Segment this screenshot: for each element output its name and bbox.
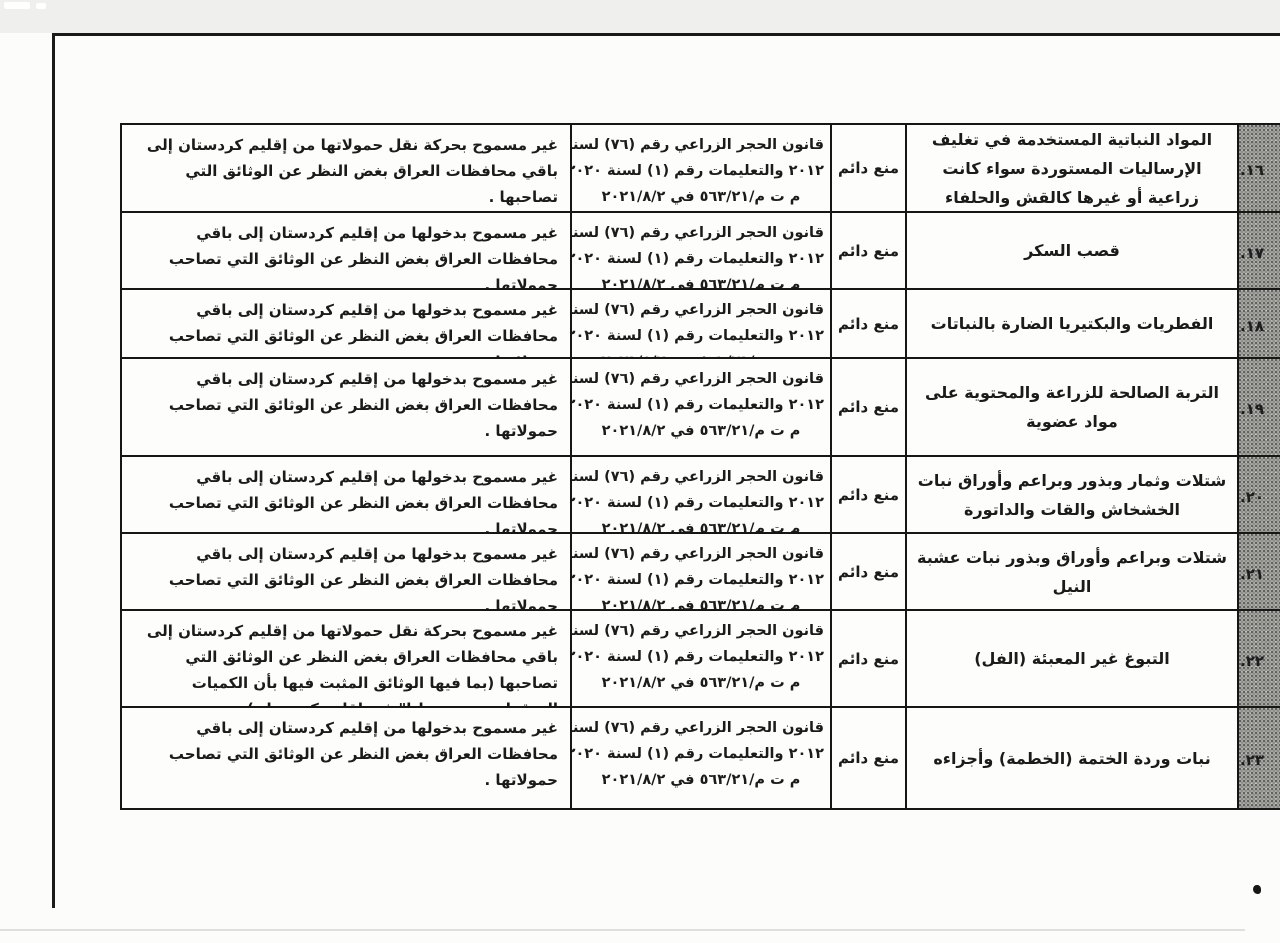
status-text: منع دائم: [838, 650, 899, 668]
notes-text: غير مسموح بدخولها من إقليم كردستان إلى ب…: [169, 370, 558, 440]
notes-cell: غير مسموح بدخولها من إقليم كردستان إلى ب…: [120, 534, 570, 611]
law-reference-cell: قانون الحجر الزراعي رقم (٧٦) لسنة ٢٠١٢ و…: [570, 534, 830, 611]
item-name: المواد النباتية المستخدمة في تغليف الإرس…: [917, 125, 1227, 212]
law-reference-line1: قانون الحجر الزراعي رقم (٧٦) لسنة: [578, 366, 824, 392]
notes-text: غير مسموح بدخولها من إقليم كردستان إلى ب…: [169, 545, 558, 611]
row-number: ٢١.: [1240, 565, 1264, 583]
law-reference-line3: م ت م/٥٦٣/٢١ في ٢٠٢١/٨/٢: [578, 184, 824, 210]
law-reference-cell: قانون الحجر الزراعي رقم (٧٦) لسنة ٢٠١٢ و…: [570, 125, 830, 213]
notes-cell: غير مسموح بدخولها من إقليم كردستان إلى ب…: [120, 708, 570, 810]
row-number-cell: ١٩.: [1237, 359, 1280, 457]
notes-cell: غير مسموح بدخولها من إقليم كردستان إلى ب…: [120, 359, 570, 457]
prohibited-items-table: ١٦. المواد النباتية المستخدمة في تغليف ا…: [120, 123, 1280, 810]
law-reference-line1: قانون الحجر الزراعي رقم (٧٦) لسنة: [578, 541, 824, 567]
law-reference-line1: قانون الحجر الزراعي رقم (٧٦) لسنة: [578, 715, 824, 741]
law-reference-line2: ٢٠١٢ والتعليمات رقم (١) لسنة ٢٠٢٠: [578, 158, 824, 184]
law-reference-line3: م ت م/٥٦٣/٢١ في ٢٠٢١/٨/٢: [578, 670, 824, 696]
status-cell: منع دائم: [830, 534, 905, 611]
law-reference-line3: م ت م/٥٦٣/٢١ في ٢٠٢١/٨/٢: [578, 418, 824, 444]
status-cell: منع دائم: [830, 213, 905, 290]
status-cell: منع دائم: [830, 125, 905, 213]
item-name: التربة الصالحة للزراعة والمحتوية على موا…: [917, 378, 1227, 436]
law-reference-line3: م ت م/٥٦٣/٢١ في ٢٠٢١/٨/٢: [578, 767, 824, 793]
status-text: منع دائم: [838, 315, 899, 333]
law-reference-line2: ٢٠١٢ والتعليمات رقم (١) لسنة ٢٠٢٠: [578, 323, 824, 349]
scan-artifact: [4, 2, 30, 9]
row-number: ١٩.: [1240, 400, 1264, 418]
item-name-cell: شتلات وثمار وبذور وبراعم وأوراق نبات الخ…: [905, 457, 1237, 534]
item-name-cell: شتلات وبراعم وأوراق وبذور نبات عشبة الني…: [905, 534, 1237, 611]
item-name: الفطريات والبكتيريا الضارة بالنباتات: [931, 309, 1214, 338]
law-reference-line2: ٢٠١٢ والتعليمات رقم (١) لسنة ٢٠٢٠: [578, 741, 824, 767]
law-reference-line2: ٢٠١٢ والتعليمات رقم (١) لسنة ٢٠٢٠: [578, 567, 824, 593]
notes-text: غير مسموح بدخولها من إقليم كردستان إلى ب…: [169, 224, 558, 290]
row-number-cell: ٢٠.: [1237, 457, 1280, 534]
item-name: شتلات وثمار وبذور وبراعم وأوراق نبات الخ…: [917, 466, 1227, 524]
status-text: منع دائم: [838, 749, 899, 767]
scan-artifact: [36, 3, 46, 9]
scanner-top-band: [0, 0, 1280, 33]
row-number-cell: ١٨.: [1237, 290, 1280, 359]
notes-cell: غير مسموح بحركة نقل حمولاتها من إقليم كر…: [120, 611, 570, 708]
item-name-cell: نبات وردة الختمة (الخطمة) وأجزاءه: [905, 708, 1237, 810]
law-reference-line3: م ت م/٥٦٣/٢١ في ٢٠٢١/٨/٢: [578, 272, 824, 290]
item-name-cell: المواد النباتية المستخدمة في تغليف الإرس…: [905, 125, 1237, 213]
item-name: نبات وردة الختمة (الخطمة) وأجزاءه: [933, 744, 1210, 773]
law-reference-line1: قانون الحجر الزراعي رقم (٧٦) لسنة: [578, 297, 824, 323]
law-reference-cell: قانون الحجر الزراعي رقم (٧٦) لسنة ٢٠١٢ و…: [570, 611, 830, 708]
law-reference-line1: قانون الحجر الزراعي رقم (٧٦) لسنة: [578, 618, 824, 644]
notes-text: غير مسموح بدخولها من إقليم كردستان إلى ب…: [169, 468, 558, 534]
law-reference-line2: ٢٠١٢ والتعليمات رقم (١) لسنة ٢٠٢٠: [578, 644, 824, 670]
notes-text: غير مسموح بدخولها من إقليم كردستان إلى ب…: [169, 301, 558, 359]
row-number-cell: ٢٣.: [1237, 708, 1280, 810]
row-number-cell: ٢٢.: [1237, 611, 1280, 708]
scan-speck: [1253, 885, 1261, 894]
status-text: منع دائم: [838, 563, 899, 581]
law-reference-cell: قانون الحجر الزراعي رقم (٧٦) لسنة ٢٠١٢ و…: [570, 213, 830, 290]
status-text: منع دائم: [838, 242, 899, 260]
status-cell: منع دائم: [830, 457, 905, 534]
notes-cell: غير مسموح بدخولها من إقليم كردستان إلى ب…: [120, 213, 570, 290]
item-name: التبوغ غير المعبئة (الفل): [974, 644, 1170, 673]
law-reference-line3: م ت م/٥٦٣/٢١ في ٢٠٢١/٨/٢: [578, 516, 824, 534]
status-cell: منع دائم: [830, 359, 905, 457]
item-name-cell: التربة الصالحة للزراعة والمحتوية على موا…: [905, 359, 1237, 457]
law-reference-line2: ٢٠١٢ والتعليمات رقم (١) لسنة ٢٠٢٠: [578, 490, 824, 516]
law-reference-line1: قانون الحجر الزراعي رقم (٧٦) لسنة: [578, 464, 824, 490]
law-reference-line2: ٢٠١٢ والتعليمات رقم (١) لسنة ٢٠٢٠: [578, 392, 824, 418]
law-reference-line3: م ت م/٥٦٣/٢١ في ٢٠٢١/٨/٢: [578, 349, 824, 359]
law-reference-cell: قانون الحجر الزراعي رقم (٧٦) لسنة ٢٠١٢ و…: [570, 457, 830, 534]
row-number: ٢٢.: [1240, 652, 1264, 670]
item-name-cell: قصب السكر: [905, 213, 1237, 290]
status-text: منع دائم: [838, 486, 899, 504]
page-border-left: [52, 33, 55, 908]
law-reference-line1: قانون الحجر الزراعي رقم (٧٦) لسنة: [578, 220, 824, 246]
page-border-top: [52, 33, 1280, 36]
status-cell: منع دائم: [830, 290, 905, 359]
status-cell: منع دائم: [830, 708, 905, 810]
notes-cell: غير مسموح بدخولها من إقليم كردستان إلى ب…: [120, 457, 570, 534]
notes-text: غير مسموح بحركة نقل حمولاتها من إقليم كر…: [147, 622, 558, 708]
item-name: قصب السكر: [1024, 236, 1120, 265]
item-name-cell: الفطريات والبكتيريا الضارة بالنباتات: [905, 290, 1237, 359]
law-reference-cell: قانون الحجر الزراعي رقم (٧٦) لسنة ٢٠١٢ و…: [570, 708, 830, 810]
notes-text: غير مسموح بدخولها من إقليم كردستان إلى ب…: [169, 719, 558, 789]
scanned-page: ١٦. المواد النباتية المستخدمة في تغليف ا…: [0, 0, 1280, 943]
item-name: شتلات وبراعم وأوراق وبذور نبات عشبة الني…: [917, 543, 1227, 601]
row-number: ١٦.: [1240, 161, 1264, 179]
law-reference-cell: قانون الحجر الزراعي رقم (٧٦) لسنة ٢٠١٢ و…: [570, 359, 830, 457]
notes-text: غير مسموح بحركة نقل حمولاتها من إقليم كر…: [147, 136, 558, 206]
status-cell: منع دائم: [830, 611, 905, 708]
law-reference-cell: قانون الحجر الزراعي رقم (٧٦) لسنة ٢٠١٢ و…: [570, 290, 830, 359]
law-reference-line1: قانون الحجر الزراعي رقم (٧٦) لسنة: [578, 132, 824, 158]
row-number: ١٨.: [1240, 317, 1264, 335]
row-number: ٢٣.: [1240, 751, 1264, 769]
row-number: ١٧.: [1240, 244, 1264, 262]
law-reference-line2: ٢٠١٢ والتعليمات رقم (١) لسنة ٢٠٢٠: [578, 246, 824, 272]
page-bottom-shadow: [0, 929, 1245, 931]
row-number-cell: ١٦.: [1237, 125, 1280, 213]
notes-cell: غير مسموح بدخولها من إقليم كردستان إلى ب…: [120, 290, 570, 359]
item-name-cell: التبوغ غير المعبئة (الفل): [905, 611, 1237, 708]
row-number: ٢٠.: [1240, 488, 1264, 506]
row-number-cell: ١٧.: [1237, 213, 1280, 290]
row-number-cell: ٢١.: [1237, 534, 1280, 611]
status-text: منع دائم: [838, 159, 899, 177]
law-reference-line3: م ت م/٥٦٣/٢١ في ٢٠٢١/٨/٢: [578, 593, 824, 611]
notes-cell: غير مسموح بحركة نقل حمولاتها من إقليم كر…: [120, 125, 570, 213]
status-text: منع دائم: [838, 398, 899, 416]
